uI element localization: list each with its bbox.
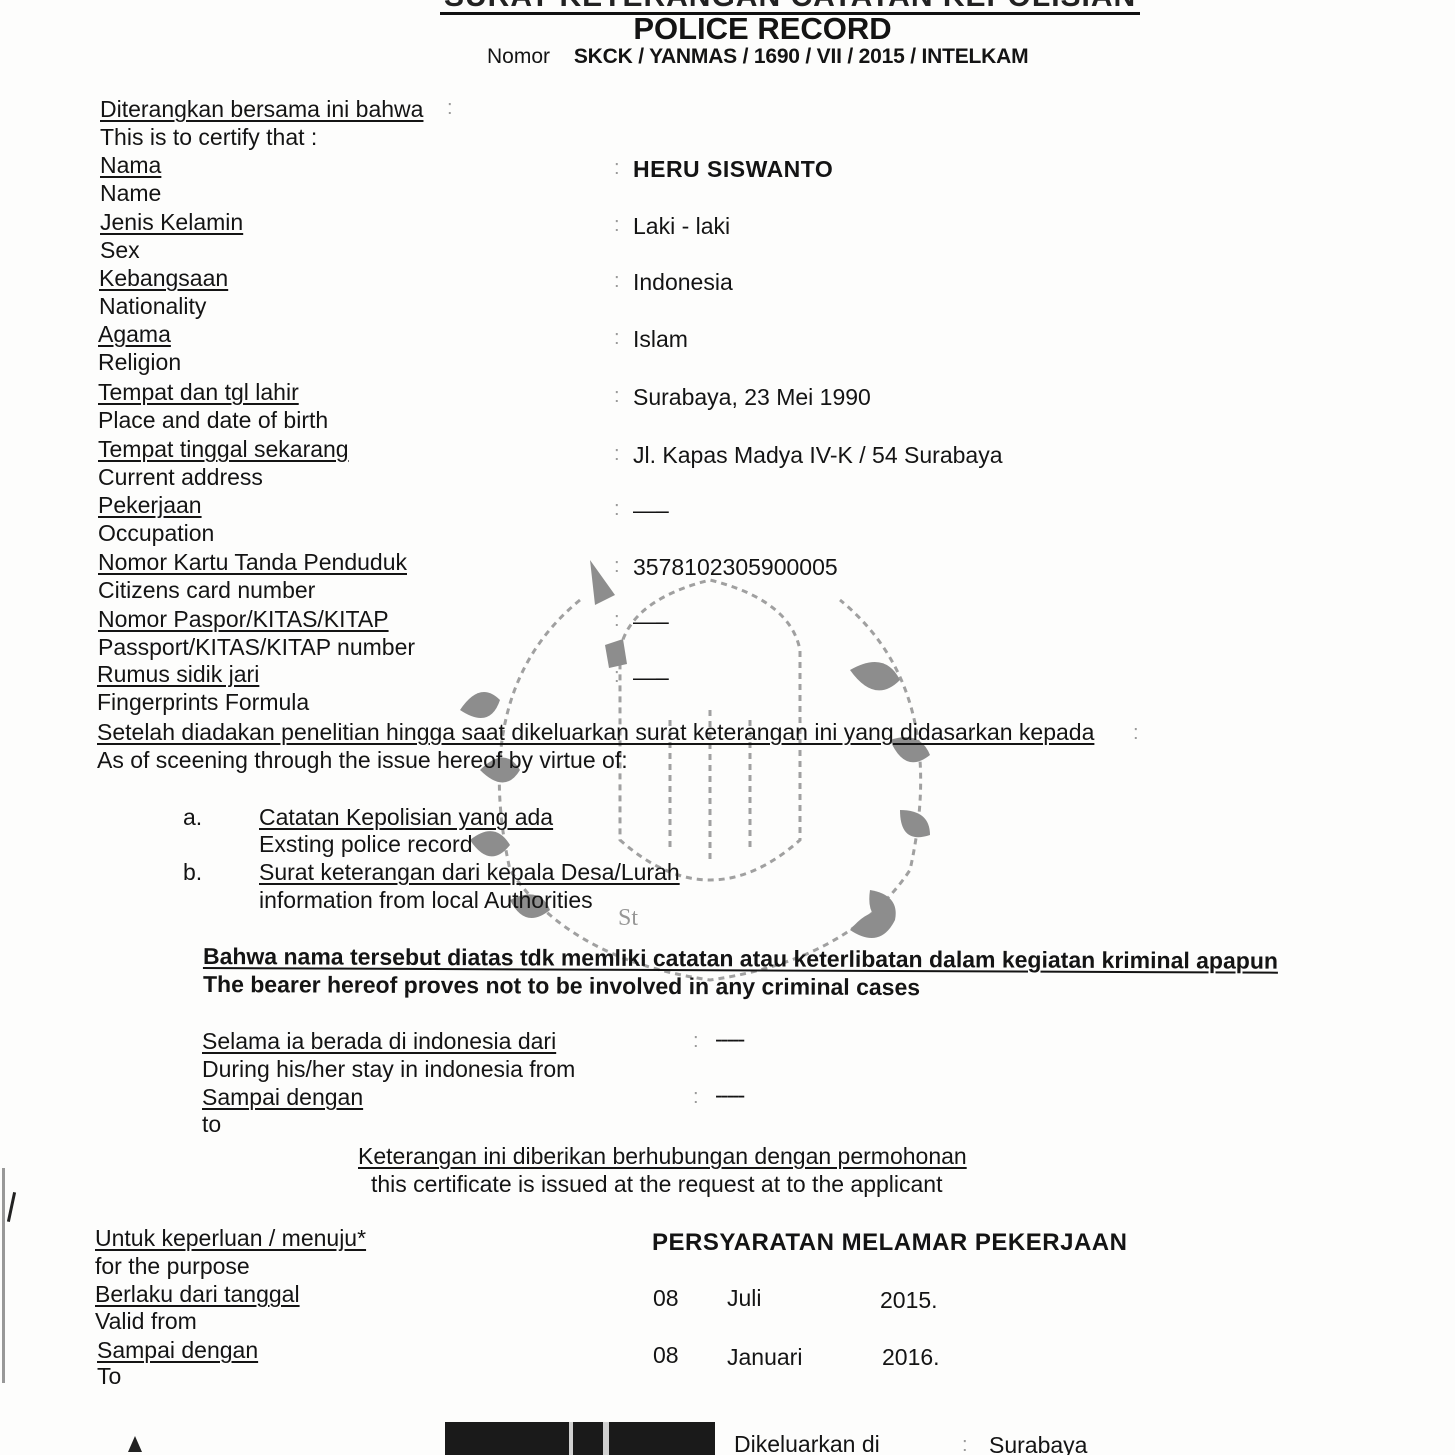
field-label-id: Pekerjaan bbox=[98, 491, 202, 519]
stay-from-label-en: During his/her stay in indonesia from bbox=[202, 1055, 575, 1083]
field-colon: : bbox=[614, 327, 620, 350]
field-label-en: Sex bbox=[100, 236, 140, 264]
field-label-en: Nationality bbox=[99, 292, 206, 320]
field-label-id: Rumus sidik jari bbox=[97, 660, 259, 688]
basis-item-en: information from local Authorities bbox=[259, 886, 593, 914]
field-label-en: Citizens card number bbox=[98, 576, 315, 604]
field-colon: : bbox=[614, 385, 620, 408]
purpose-label-id: Untuk keperluan / menuju* bbox=[95, 1224, 366, 1252]
field-label-en: Passport/KITAS/KITAP number bbox=[98, 633, 415, 661]
field-label-id: Jenis Kelamin bbox=[100, 208, 243, 236]
valid-from-year: 2015. bbox=[880, 1286, 938, 1314]
basis-item-marker: b. bbox=[183, 858, 202, 886]
basis-label-en: As of sceening through the issue hereof … bbox=[97, 746, 628, 774]
document-number-label: Nomor bbox=[487, 45, 550, 68]
issued-at-label: Dikeluarkan di bbox=[734, 1430, 880, 1455]
statement-en: The bearer hereof proves not to be invol… bbox=[203, 970, 920, 1001]
basis-item-en: Exsting police record bbox=[259, 830, 473, 858]
intro-label-en: This is to certify that : bbox=[100, 123, 317, 151]
valid-to-day: 08 bbox=[653, 1341, 679, 1369]
intro-colon: : bbox=[447, 97, 453, 120]
request-id: Keterangan ini diberikan berhubungan den… bbox=[358, 1142, 967, 1170]
svg-text:St: St bbox=[618, 905, 638, 931]
basis-label-id: Setelah diadakan penelitian hingga saat … bbox=[97, 718, 1094, 746]
valid-from-day: 08 bbox=[653, 1284, 679, 1312]
stay-from-value: ----- bbox=[715, 1025, 743, 1053]
intro-label-id: Diterangkan bersama ini bahwa bbox=[100, 95, 423, 123]
basis-item-id: Surat keterangan dari kepala Desa/Lurah bbox=[259, 858, 680, 886]
basis-colon: : bbox=[1133, 722, 1139, 745]
field-value: —– bbox=[633, 496, 669, 524]
valid-from-label-id: Berlaku dari tanggal bbox=[95, 1280, 300, 1308]
field-colon: : bbox=[614, 214, 620, 237]
field-value: Islam bbox=[633, 325, 688, 353]
valid-to-label-en: To bbox=[97, 1362, 121, 1390]
stay-from-label-id: Selama ia berada di indonesia dari bbox=[202, 1027, 556, 1055]
field-colon: : bbox=[614, 665, 620, 688]
scan-mark bbox=[7, 1192, 16, 1222]
field-value: —– bbox=[633, 663, 669, 691]
field-colon: : bbox=[614, 609, 620, 632]
field-label-id: Tempat dan tgl lahir bbox=[98, 378, 299, 406]
purpose-value: PERSYARATAN MELAMAR PEKERJAAN bbox=[652, 1229, 1127, 1257]
field-value: 3578102305900005 bbox=[633, 553, 838, 581]
scan-edge-line bbox=[2, 1168, 5, 1383]
valid-from-label-en: Valid from bbox=[95, 1307, 197, 1335]
field-colon: : bbox=[614, 157, 620, 180]
valid-to-year: 2016. bbox=[882, 1343, 940, 1371]
field-value: Surabaya, 23 Mei 1990 bbox=[633, 383, 871, 411]
field-label-en: Occupation bbox=[98, 519, 214, 547]
field-colon: : bbox=[614, 555, 620, 578]
field-value: Laki - laki bbox=[633, 212, 730, 240]
stay-to-label-en: to bbox=[202, 1110, 221, 1138]
field-label-en: Place and date of birth bbox=[98, 406, 328, 434]
field-label-id: Nama bbox=[100, 151, 161, 179]
field-label-en: Current address bbox=[98, 463, 263, 491]
document-number-value: SKCK / YANMAS / 1690 / VII / 2015 / INTE… bbox=[574, 45, 1029, 68]
document-number: Nomor SKCK / YANMAS / 1690 / VII / 2015 … bbox=[487, 45, 1028, 69]
stay-from-colon: : bbox=[693, 1030, 699, 1053]
field-label-id: Kebangsaan bbox=[99, 264, 228, 292]
police-emblem-icon: St bbox=[430, 540, 990, 1010]
stay-to-colon: : bbox=[693, 1086, 699, 1109]
field-label-id: Agama bbox=[98, 320, 171, 348]
field-label-id: Tempat tinggal sekarang bbox=[98, 435, 349, 463]
valid-from-month: Juli bbox=[727, 1284, 762, 1312]
scan-mark bbox=[128, 1436, 142, 1452]
field-label-en: Religion bbox=[98, 348, 181, 376]
field-value: Indonesia bbox=[633, 268, 733, 296]
field-colon: : bbox=[614, 270, 620, 293]
field-label-en: Fingerprints Formula bbox=[97, 688, 309, 716]
field-label-id: Nomor Kartu Tanda Penduduk bbox=[98, 548, 407, 576]
field-value: Jl. Kapas Madya IV-K / 54 Surabaya bbox=[633, 441, 1002, 469]
field-value: —– bbox=[633, 607, 669, 635]
purpose-label-en: for the purpose bbox=[95, 1252, 250, 1280]
issued-at-colon: : bbox=[962, 1434, 968, 1455]
redacted-photo-block bbox=[445, 1422, 715, 1455]
basis-item-marker: a. bbox=[183, 803, 202, 831]
request-en: this certificate is issued at the reques… bbox=[371, 1170, 943, 1198]
field-value: HERU SISWANTO bbox=[633, 155, 833, 183]
field-colon: : bbox=[614, 498, 620, 521]
valid-to-label-id: Sampai dengan bbox=[97, 1336, 258, 1364]
document-title: POLICE RECORD bbox=[0, 11, 1455, 47]
field-colon: : bbox=[614, 443, 620, 466]
field-label-en: Name bbox=[100, 179, 161, 207]
issued-at-value: Surabaya bbox=[989, 1431, 1087, 1455]
basis-item-id: Catatan Kepolisian yang ada bbox=[259, 803, 553, 831]
valid-to-month: Januari bbox=[727, 1343, 802, 1371]
stay-to-value: ----- bbox=[715, 1081, 743, 1109]
field-label-id: Nomor Paspor/KITAS/KITAP bbox=[98, 605, 389, 633]
stay-to-label-id: Sampai dengan bbox=[202, 1083, 363, 1111]
